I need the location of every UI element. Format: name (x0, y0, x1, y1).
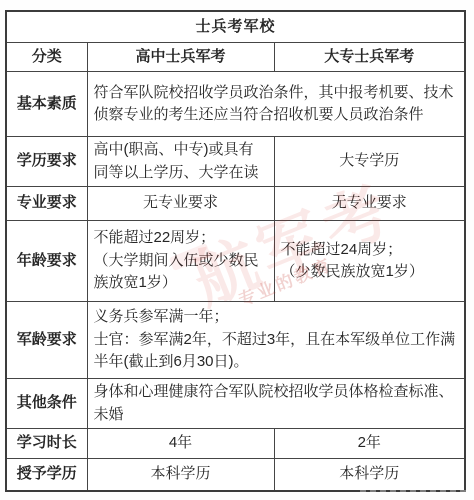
row-label-study-duration: 学习时长 (6, 429, 87, 459)
cell-other-conditions: 身体和心理健康符合军队院校招收学员体格检查标准、未婚 (87, 379, 465, 429)
row-label-basic-quality: 基本素质 (6, 72, 87, 137)
title-row: 士兵考军校 (6, 11, 465, 43)
cell-education-college: 大专学历 (274, 137, 465, 187)
row-label-other-conditions: 其他条件 (6, 379, 87, 429)
row-label-service-length: 军龄要求 (6, 302, 87, 379)
cell-education-highschool: 高中(职高、中专)或具有同等以上学历、大学在读 (87, 137, 274, 187)
cell-duration-highschool: 4年 (87, 429, 274, 459)
header-highschool-track: 高中士兵军考 (87, 43, 274, 72)
table-row-major: 专业要求 无专业要求 无专业要求 (6, 187, 465, 221)
cell-age-highschool: 不能超过22周岁； （大学期间入伍或少数民族放宽1岁） (87, 221, 274, 302)
header-row: 分类 高中士兵军考 大专士兵军考 (6, 43, 465, 72)
row-label-major: 专业要求 (6, 187, 87, 221)
cell-age-college: 不能超过24周岁； （少数民族放宽1岁） (274, 221, 465, 302)
row-label-education: 学历要求 (6, 137, 87, 187)
row-label-age: 年龄要求 (6, 221, 87, 302)
table-row-age: 年龄要求 不能超过22周岁； （大学期间入伍或少数民族放宽1岁） 不能超过24周… (6, 221, 465, 302)
cell-degree-college: 本科学历 (274, 459, 465, 491)
table-row-service-length: 军龄要求 义务兵参军满一年； 士官：参军满2年，不超过3年，且在本军级单位工作满… (6, 302, 465, 379)
cell-service-length: 义务兵参军满一年； 士官：参军满2年，不超过3年，且在本军级单位工作满半年(截止… (87, 302, 465, 379)
table-row-other-conditions: 其他条件 身体和心理健康符合军队院校招收学员体格检查标准、未婚 (6, 379, 465, 429)
military-exam-table: 士兵考军校 分类 高中士兵军考 大专士兵军考 基本素质 符合军队院校招收学员政治… (5, 10, 466, 492)
cell-major-college: 无专业要求 (274, 187, 465, 221)
table-row-degree-awarded: 授予学历 本科学历 本科学历 (6, 459, 465, 491)
cell-degree-highschool: 本科学历 (87, 459, 274, 491)
header-category: 分类 (6, 43, 87, 72)
header-college-track: 大专士兵军考 (274, 43, 465, 72)
cell-major-highschool: 无专业要求 (87, 187, 274, 221)
page-background: 士兵考军校 分类 高中士兵军考 大专士兵军考 基本素质 符合军队院校招收学员政治… (0, 0, 474, 500)
row-label-degree-awarded: 授予学历 (6, 459, 87, 491)
table-title: 士兵考军校 (6, 11, 465, 43)
cell-duration-college: 2年 (274, 429, 465, 459)
cell-basic-quality: 符合军队院校招收学员政治条件，其中报考机要、技术侦察专业的考生还应当符合招收机要… (87, 72, 465, 137)
table-row-basic-quality: 基本素质 符合军队院校招收学员政治条件，其中报考机要、技术侦察专业的考生还应当符… (6, 72, 465, 137)
table-row-study-duration: 学习时长 4年 2年 (6, 429, 465, 459)
table-row-education: 学历要求 高中(职高、中专)或具有同等以上学历、大学在读 大专学历 (6, 137, 465, 187)
